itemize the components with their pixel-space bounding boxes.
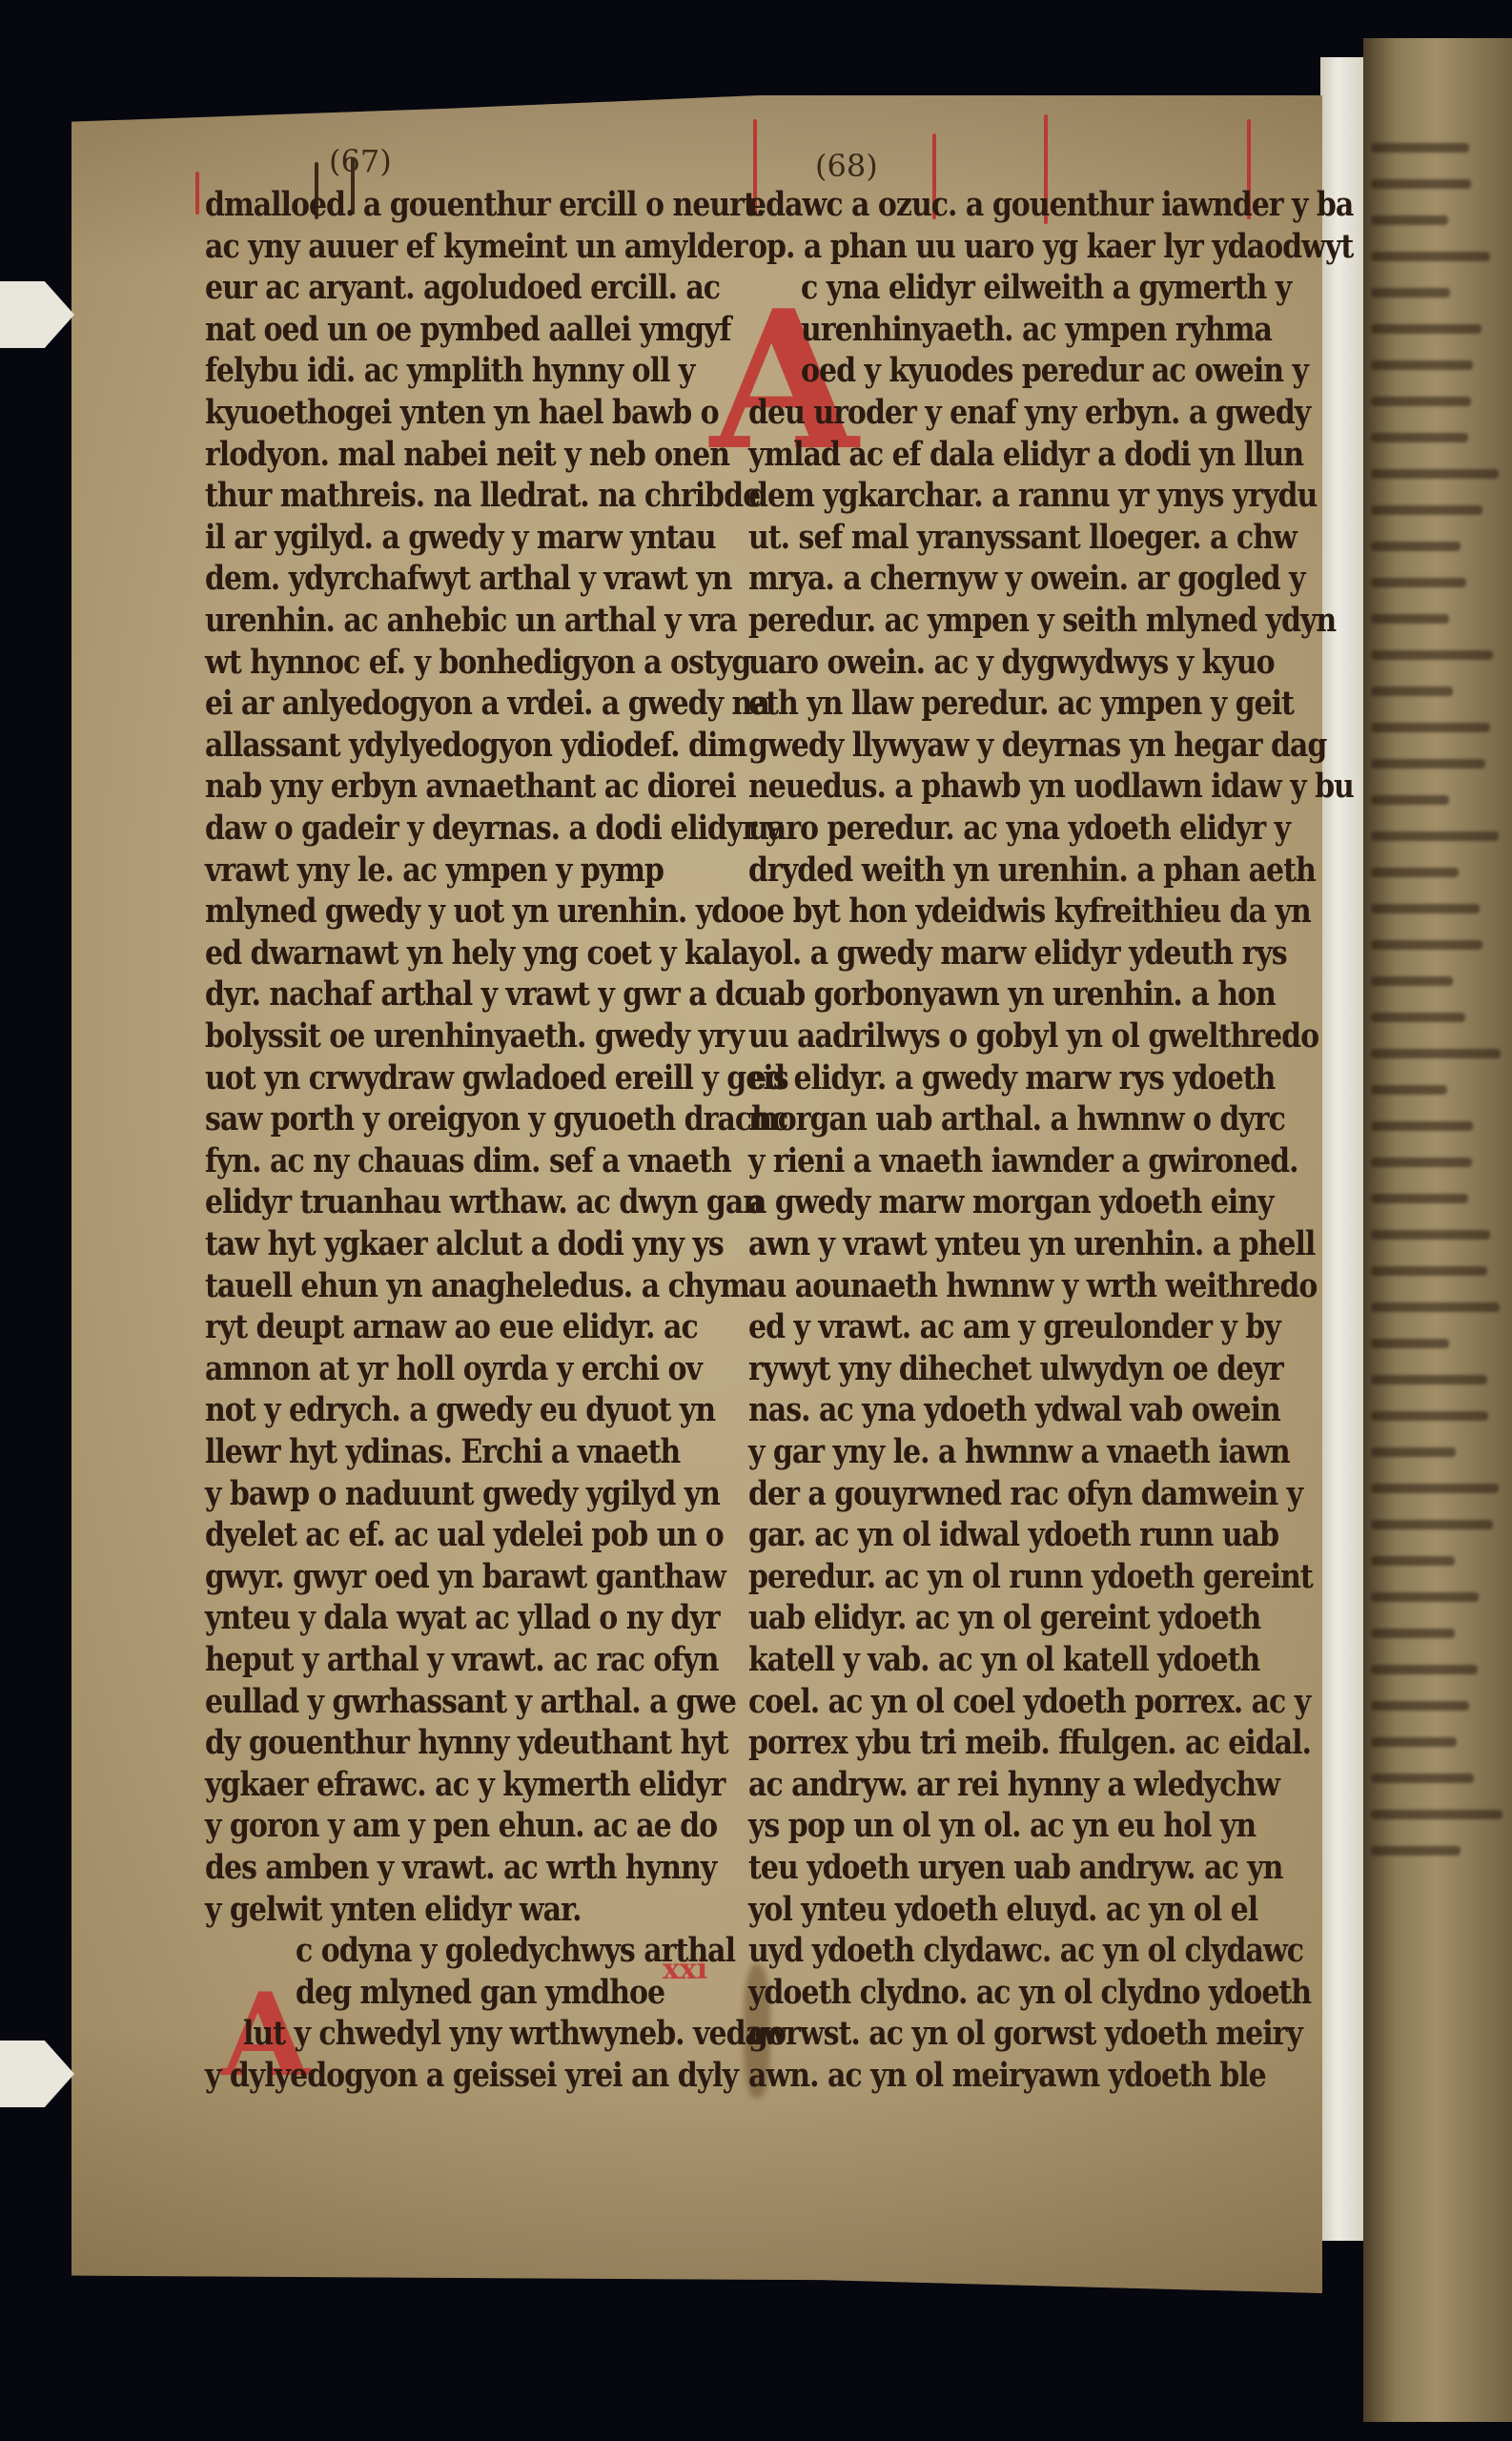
text-line: daw o gadeir y deyrnas. a dodi elidyr y — [205, 810, 781, 848]
text-line: ydoeth clydno. ac yn ol clydno ydoeth — [748, 1974, 1311, 2012]
facing-text-line — [1371, 1846, 1461, 1856]
text-line: ed dwarnawt yn hely yng coet y kala — [205, 934, 748, 973]
text-line: c odyna y goledychwys arthal — [296, 1932, 735, 1970]
text-line: nas. ac yna ydoeth ydwal vab owein — [748, 1391, 1280, 1429]
facing-text-line — [1371, 868, 1459, 877]
text-line: urenhin. ac anhebic un arthal y vra — [205, 602, 737, 640]
facing-leaf — [1363, 38, 1512, 2422]
facing-text-line — [1371, 1303, 1500, 1312]
text-line: ac andryw. ar rei hynny a wledychw — [748, 1766, 1279, 1804]
text-line: deu uroder y enaf yny erbyn. a gwedy — [748, 394, 1310, 432]
facing-text-line — [1371, 1520, 1493, 1529]
text-line: bolyssit oe urenhinyaeth. gwedy yry — [205, 1017, 744, 1056]
text-line: mlyned gwedy y uot yn urenhin. ydo — [205, 892, 748, 931]
facing-text-line — [1371, 614, 1449, 624]
ascender-flourish — [195, 172, 199, 215]
text-line: des amben y vrawt. ac wrth hynny — [205, 1849, 716, 1887]
facing-text-line — [1371, 433, 1468, 442]
text-line: yol ynteu ydoeth eluyd. ac yn ol el — [748, 1890, 1257, 1928]
text-line: dyelet ac ef. ac ual ydelei pob un o — [205, 1516, 724, 1554]
text-line: tauell ehun yn anagheledus. a chym — [205, 1266, 749, 1304]
text-line: oe byt hon ydeidwis kyfreithieu da yn — [748, 892, 1311, 931]
text-line: ut. sef mal yranyssant lloeger. a chw — [748, 519, 1297, 557]
facing-text-line — [1371, 1194, 1468, 1203]
facing-text-line — [1371, 650, 1493, 660]
facing-text-line — [1371, 795, 1449, 805]
facing-text-line — [1371, 1737, 1457, 1747]
text-line: dryded weith yn urenhin. a phan aeth — [748, 851, 1316, 889]
text-line: a gwedy marw morgan ydoeth einy — [748, 1183, 1273, 1221]
text-line: gar. ac yn ol idwal ydoeth runn uab — [748, 1516, 1278, 1554]
page-edge-paper — [1320, 57, 1363, 2241]
facing-text-line — [1371, 904, 1480, 913]
text-line: ys pop un ol yn ol. ac yn eu hol yn — [748, 1807, 1256, 1845]
text-line: uot yn crwydraw gwladoed ereill y geis — [205, 1058, 788, 1097]
text-line: edawc a ozuc. a gouenthur iawnder y ba — [748, 186, 1353, 224]
facing-text-line — [1371, 397, 1471, 406]
facing-text-line — [1371, 1158, 1472, 1167]
facing-text-line — [1371, 759, 1485, 769]
text-line: oed y kyuodes peredur ac owein y — [801, 352, 1308, 390]
text-line: ed elidyr. a gwedy marw rys ydoeth — [748, 1058, 1275, 1097]
text-line: porrex ybu tri meib. ffulgen. ac eidal. — [748, 1724, 1311, 1762]
folio-mark-left: (67) — [329, 143, 392, 179]
text-line: kyuoethogei ynten yn hael bawb o — [205, 394, 719, 432]
text-line: neuedus. a phawb yn uodlawn idaw y bu — [748, 768, 1354, 806]
text-line: katell y vab. ac yn ol katell ydoeth — [748, 1641, 1259, 1679]
facing-text-line — [1371, 723, 1490, 732]
text-line: eth yn llaw peredur. ac ympen y geit — [748, 685, 1294, 723]
facing-text-line — [1371, 831, 1499, 841]
facing-text-line — [1371, 1375, 1487, 1385]
text-line: il ar ygilyd. a gwedy y marw yntau — [205, 519, 716, 557]
facing-text-line — [1371, 360, 1473, 370]
text-line: not y edrych. a gwedy eu dyuot yn — [205, 1391, 715, 1429]
text-line: coel. ac yn ol coel ydoeth porrex. ac y — [748, 1682, 1310, 1720]
facing-text-line — [1371, 1810, 1502, 1819]
text-line: uu aadrilwys o gobyl yn ol gwelthredo — [748, 1017, 1318, 1056]
facing-text-line — [1371, 215, 1448, 225]
text-line: elidyr truanhau wrthaw. ac dwyn gan — [205, 1183, 763, 1221]
text-line: au aounaeth hwnnw y wrth weithredo — [748, 1266, 1317, 1304]
text-line: ei ar anlyedogyon a vrdei. a gwedy na — [205, 685, 769, 723]
text-line: dem. ydyrchafwyt arthal y vrawt yn — [205, 560, 731, 598]
text-line: heput y arthal y vrawt. ac rac ofyn — [205, 1641, 718, 1679]
text-line: morgan uab arthal. a hwnnw o dyrc — [748, 1100, 1285, 1138]
facing-text-line — [1371, 940, 1482, 950]
text-line: eur ac aryant. agoludoed ercill. ac — [205, 269, 720, 307]
text-line: nab yny erbyn avnaethant ac diorei — [205, 768, 736, 806]
text-line: gwyr. gwyr oed yn barawt ganthaw — [205, 1558, 725, 1596]
text-line: y gar yny le. a hwnnw a vnaeth iawn — [748, 1433, 1290, 1471]
facing-text-line — [1371, 1629, 1455, 1638]
text-line: ynteu y dala wyat ac yllad o ny dyr — [205, 1599, 720, 1637]
facing-text-line — [1371, 578, 1466, 587]
facing-text-line — [1371, 1121, 1473, 1131]
text-line: uaro owein. ac y dygwydwys y kyuo — [748, 643, 1275, 681]
text-line: ymlad ac ef dala elidyr a dodi yn llun — [748, 435, 1303, 473]
text-line: ygkaer efrawc. ac y kymerth elidyr — [205, 1766, 725, 1804]
text-line: awn y vrawt ynteu yn urenhin. a phell — [748, 1225, 1315, 1263]
text-line: nat oed un oe pymbed aallei ymgyf — [205, 311, 730, 349]
text-line: y rieni a vnaeth iawnder a gwironed. — [748, 1142, 1298, 1180]
facing-text-line — [1371, 1556, 1455, 1566]
text-line: ed y vrawt. ac am y greulonder y by — [748, 1308, 1280, 1346]
facing-text-line — [1371, 324, 1481, 334]
text-line: deg mlyned gan ymdhoe — [296, 1974, 664, 2012]
page-tab-marker — [0, 2041, 74, 2107]
facing-text-line — [1371, 143, 1469, 153]
facing-text-line — [1371, 179, 1471, 189]
text-line: uaro peredur. ac yna ydoeth elidyr y — [748, 810, 1290, 848]
text-line: y gelwit ynten elidyr war. — [205, 1890, 582, 1928]
facing-text-line — [1371, 288, 1450, 297]
facing-text-line — [1371, 1339, 1449, 1348]
text-line: mrya. a chernyw y owein. ar gogled y — [748, 560, 1305, 598]
facing-text-line — [1371, 542, 1461, 551]
text-line: der a gouyrwned rac ofyn damwein y — [748, 1474, 1302, 1512]
text-line: dy gouenthur hynny ydeuthant hyt — [205, 1724, 728, 1762]
text-line: peredur. ac ympen y seith mlyned ydyn — [748, 602, 1336, 640]
text-line: felybu idi. ac ymplith hynny oll y — [205, 352, 694, 390]
text-line: rywyt yny dihechet ulwydyn oe deyr — [748, 1350, 1283, 1388]
facing-text-line — [1371, 1592, 1479, 1602]
facing-text-line — [1371, 687, 1453, 696]
facing-text-line — [1371, 1774, 1474, 1783]
text-line: ac yny auuer ef kymeint un amylder — [205, 227, 747, 265]
text-line: teu ydoeth uryen uab andryw. ac yn — [748, 1849, 1282, 1887]
facing-text-line — [1371, 1013, 1465, 1022]
facing-text-line — [1371, 1085, 1447, 1095]
text-line: yol. a gwedy marw elidyr ydeuth rys — [748, 934, 1287, 973]
text-line: peredur. ac yn ol runn ydoeth gereint — [748, 1558, 1313, 1596]
facing-text-line — [1371, 1411, 1488, 1421]
text-line: taw hyt ygkaer alclut a dodi yny ys — [205, 1225, 724, 1263]
facing-text-line — [1371, 1701, 1469, 1711]
text-line: allassant ydylyedogyon ydiodef. dim — [205, 727, 746, 765]
text-line: uab gorbonyawn yn urenhin. a hon — [748, 975, 1276, 1014]
text-line: fyn. ac ny chauas dim. sef a vnaeth — [205, 1142, 731, 1180]
text-line: urenhinyaeth. ac ympen ryhma — [801, 311, 1272, 349]
facing-text-line — [1371, 505, 1482, 515]
text-line: saw porth y oreigyon y gyuoeth drachc — [205, 1100, 787, 1138]
text-line: thur mathreis. na lledrat. na chribde — [205, 477, 760, 515]
text-line: uab elidyr. ac yn ol gereint ydoeth — [748, 1599, 1260, 1637]
text-line: llewr hyt ydinas. Erchi a vnaeth — [205, 1433, 680, 1471]
page-tab-marker — [0, 281, 74, 348]
text-line: wt hynnoc ef. y bonhedigyon a ostyg — [205, 643, 750, 681]
text-line: gwedy llywyaw y deyrnas yn hegar dag — [748, 727, 1326, 765]
facing-text-line — [1371, 252, 1490, 261]
facing-text-line — [1371, 1665, 1478, 1674]
facing-text-line — [1371, 1230, 1490, 1240]
text-line: ryt deupt arnaw ao eue elidyr. ac — [205, 1308, 698, 1346]
text-line: eullad y gwrhassant y arthal. a gwe — [205, 1682, 736, 1720]
text-line: vrawt yny le. ac ympen y pymp — [205, 851, 664, 889]
text-line: uyd ydoeth clydawc. ac yn ol clydawc — [748, 1932, 1303, 1970]
text-line: y dylyedogyon a geissei yrei an dyly — [205, 2057, 738, 2095]
facing-text-line — [1371, 1049, 1501, 1058]
text-line: op. a phan uu uaro yg kaer lyr ydaodwyt — [748, 227, 1353, 265]
facing-text-line — [1371, 1447, 1456, 1457]
text-line: c yna elidyr eilweith a gymerth y — [801, 269, 1291, 307]
folio-mark-right: (68) — [815, 148, 878, 184]
text-line: gorwst. ac yn ol gorwst ydoeth meiry — [748, 2015, 1302, 2053]
text-line: awn. ac yn ol meiryawn ydoeth ble — [748, 2057, 1266, 2095]
facing-text-line — [1371, 976, 1453, 986]
text-line: dem ygkarchar. a rannu yr ynys yrydu — [748, 477, 1317, 515]
text-line: rlodyon. mal nabei neit y neb onen — [205, 435, 729, 473]
facing-text-line — [1371, 1266, 1487, 1276]
facing-text-line — [1371, 469, 1499, 479]
text-line: dmalloed. a gouenthur ercill o neurt. — [205, 186, 765, 224]
text-line: y bawp o naduunt gwedy ygilyd yn — [205, 1474, 720, 1512]
text-line: dyr. nachaf arthal y vrawt y gwr a dc — [205, 975, 750, 1014]
text-line: y goron y am y pen ehun. ac ae do — [205, 1807, 717, 1845]
text-line: amnon at yr holl oyrda y erchi ov — [205, 1350, 702, 1388]
text-line: lut y chwedyl yny wrthwyneb. vedaw — [243, 2015, 787, 2053]
facing-text-line — [1371, 1484, 1499, 1493]
